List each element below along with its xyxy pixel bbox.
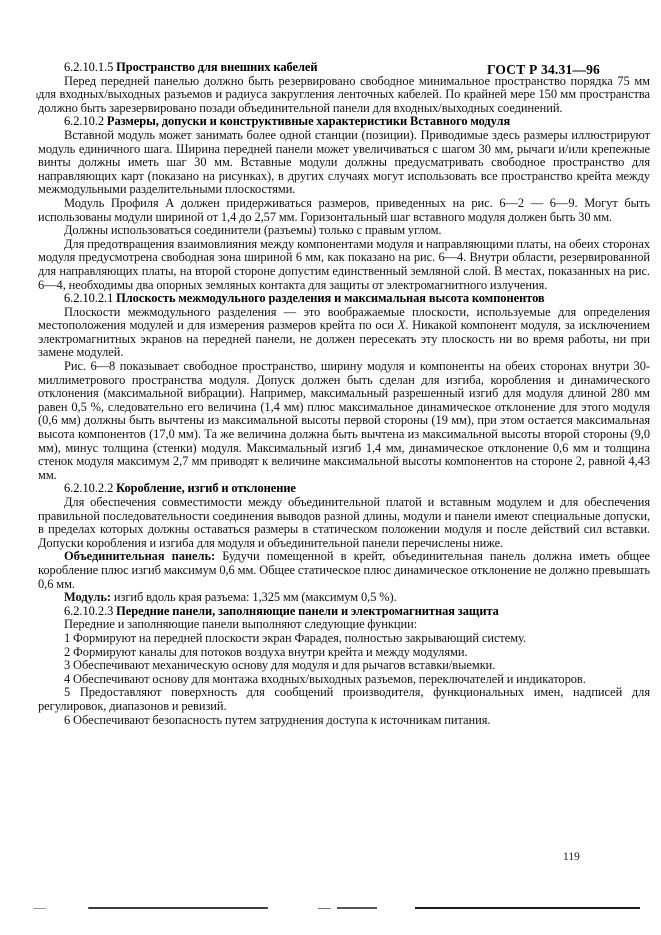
scan-artifact-line [415,907,640,909]
page-number: 119 [563,851,580,863]
section-heading: 6.2.10.2 Размеры, допуски и конструктивн… [38,115,650,129]
paragraph: 1 Формируют на передней плоскости экран … [38,632,650,646]
paragraph: 6 Обеспечивают безопасность путем затруд… [38,714,650,728]
paragraph: Модуль Профиля А должен придерживаться р… [38,197,650,224]
paragraph: 3 Обеспечивают механическую основу для м… [38,659,650,673]
paragraph: Объединительная панель: Будучи помещенно… [38,550,650,591]
paragraph: Модуль: изгиб вдоль края разъема: 1,325 … [38,591,650,605]
paragraph: Рис. 6—8 показывает свободное пространст… [38,360,650,482]
section-heading: 6.2.10.2.2 Коробление, изгиб и отклонени… [38,482,650,496]
scan-artifact-line [337,907,377,909]
section-heading: 6.2.10.2.3 Передние панели, заполняющие … [38,605,650,619]
scan-artifact-line [88,907,268,909]
section-heading: 6.2.10.2.1 Плоскость межмодульного разде… [38,292,650,306]
paragraph: Вставной модуль может занимать более одн… [38,129,650,197]
paragraph: Должны использоваться соединители (разъе… [38,224,650,238]
paragraph: Для предотвращения взаимовлияния между к… [38,238,650,292]
paragraph: Для обеспечения совместимости между объе… [38,496,650,550]
section-heading: 6.2.10.1.5 Пространство для внешних кабе… [38,61,650,75]
paragraph: Передние и заполняющие панели выполняют … [38,618,650,632]
paragraph: 5 Предоставляют поверхность для сообщени… [38,686,650,713]
scan-artifact-line [33,908,46,909]
scan-speck [36,93,38,98]
document-page: ГОСТ Р 34.31—96 6.2.10.1.5 Пространство … [0,0,661,935]
paragraph: 2 Формируют каналы для потоков воздуха в… [38,646,650,660]
scan-artifact-line [318,908,331,909]
paragraph: Перед передней панелью должно быть резер… [38,75,650,116]
paragraph: Плоскости межмодульного разделения — это… [38,306,650,360]
paragraph: 4 Обеспечивают основу для монтажа входны… [38,673,650,687]
document-content: 6.2.10.1.5 Пространство для внешних кабе… [38,61,650,727]
